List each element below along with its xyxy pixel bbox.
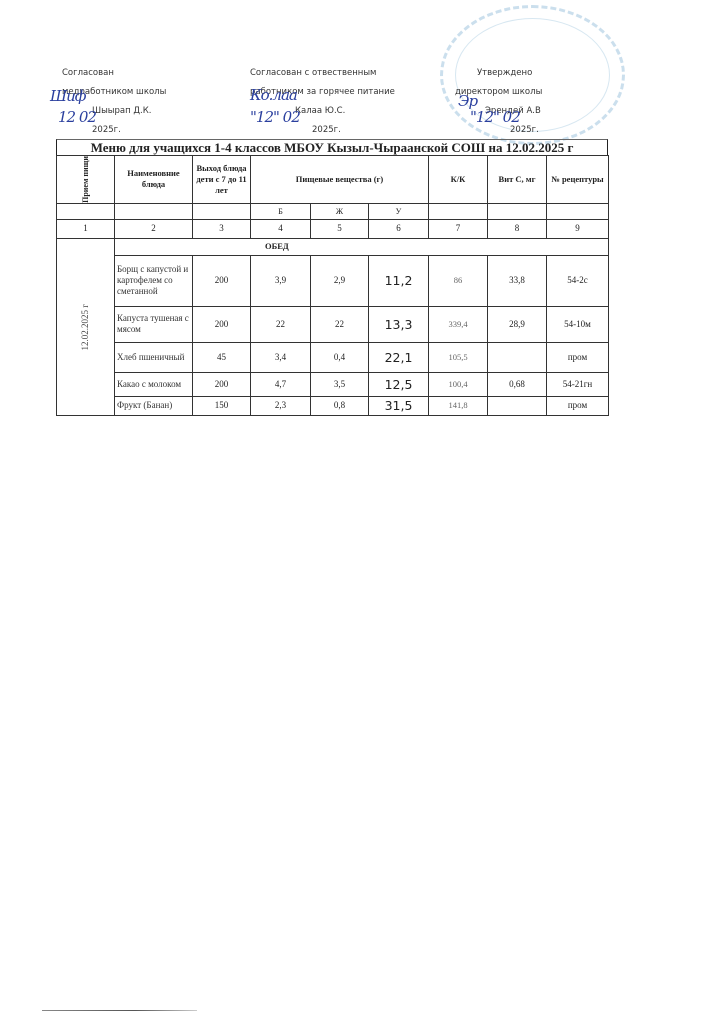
header-recipe: № рецептуры	[547, 156, 609, 204]
table-row: Капуста тушеная с мясом 200 22 22 13,3 3…	[57, 306, 609, 342]
column-number-row: 1 2 3 4 5 6 7 8 9	[57, 219, 609, 238]
subheader-zh: Ж	[311, 203, 369, 219]
meal-date-cell: 12.02.2025 г	[57, 238, 115, 415]
section-row: 12.02.2025 г ОБЕД	[57, 238, 609, 255]
approval-catering-day: "12" 02	[250, 108, 300, 126]
header-row: Прием пищи Наименовние блюда Выход блюда…	[57, 156, 609, 204]
signature-catering: Ко.лаа	[250, 86, 297, 104]
approval-medical-line1: Согласован	[62, 63, 166, 82]
table-row: Какао с молоком 200 4,7 3,5 12,5 100,4 0…	[57, 372, 609, 396]
table-row: Фрукт (Банан) 150 2,3 0,8 31,5 141,8 про…	[57, 396, 609, 415]
menu-table: Меню для учащихся 1-4 классов МБОУ Кызыл…	[56, 139, 608, 416]
signature-medical: Шиф	[50, 87, 86, 105]
header-nutrients: Пищевые вещества (г)	[251, 156, 429, 204]
subheader-u: У	[369, 203, 429, 219]
subheader-row: Б Ж У	[57, 203, 609, 219]
approval-catering-line1: Согласован с отвественным	[250, 63, 395, 82]
section-label: ОБЕД	[115, 238, 609, 255]
menu-grid: Прием пищи Наименовние блюда Выход блюда…	[56, 155, 609, 416]
table-row: Борщ с капустой и картофелем со сметанно…	[57, 255, 609, 306]
header-kk: К/К	[429, 156, 488, 204]
table-row: Хлеб пшеничный 45 3,4 0,4 22,1 105,5 про…	[57, 342, 609, 372]
header-output: Выход блюда дети с 7 до 11 лет	[193, 156, 251, 204]
approval-director-line1: Утверждено	[455, 63, 542, 82]
header-dish: Наименовние блюда	[115, 156, 193, 204]
menu-title: Меню для учащихся 1-4 классов МБОУ Кызыл…	[56, 139, 608, 155]
approval-director-day: "12" 02	[470, 108, 520, 126]
scan-edge-line	[42, 1010, 197, 1011]
header-meal: Прием пищи	[57, 156, 115, 204]
header-vitc: Вит С, мг	[488, 156, 547, 204]
subheader-b: Б	[251, 203, 311, 219]
approval-medical-day: 12 02	[58, 108, 96, 126]
